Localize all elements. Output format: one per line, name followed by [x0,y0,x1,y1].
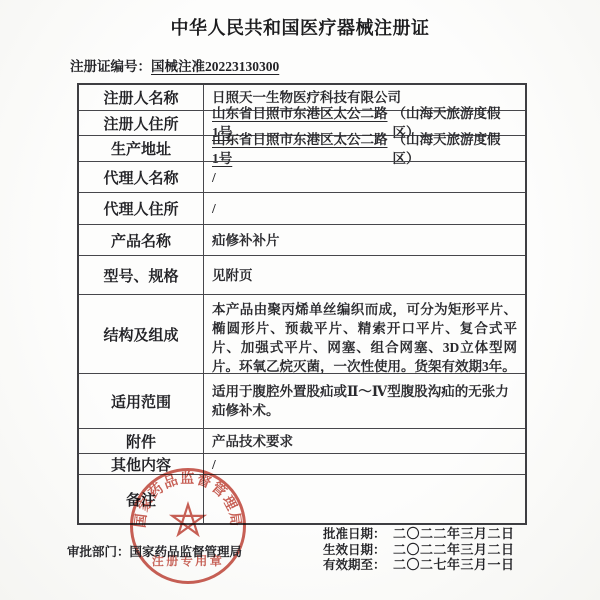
row-label: 代理人住所 [79,193,204,224]
expiry-date-value: 二〇二七年三月一日 [393,557,515,572]
table-row-model-spec: 型号、规格 见附页 [79,255,525,294]
row-value: 见附页 [204,256,525,294]
approval-department-line: 审批部门：国家药品监督管理局 [67,542,242,560]
table-row-attachment: 附件 产品技术要求 [79,428,525,453]
row-label: 结构及组成 [79,295,204,373]
certificate-title: 中华人民共和国医疗器械注册证 [0,14,600,40]
row-value: / [204,454,525,474]
row-value: 疝修补补片 [204,225,525,255]
row-value: / [204,193,525,224]
row-label: 产品名称 [79,225,204,255]
table-row-agent-address: 代理人住所 / [79,192,525,224]
registration-number-line: 注册证编号：国械注准20223130300 [70,55,279,75]
row-label: 型号、规格 [79,256,204,294]
row-label: 备注 [79,475,204,523]
effective-date-label: 生效日期： [323,543,393,559]
expiry-date-label: 有效期至： [323,558,393,574]
certificate-table: 注册人名称 日照天一生物医疗科技有限公司 注册人住所 山东省日照市东港区太公二路… [77,83,527,525]
row-label: 附件 [79,429,204,453]
row-value [204,475,525,523]
table-row-product-name: 产品名称 疝修补补片 [79,224,525,255]
effective-date-row: 生效日期：二〇二二年三月二日 [323,542,515,558]
table-row-other-content: 其他内容 / [79,453,525,474]
approval-date-label: 批准日期： [323,527,393,543]
approval-department-value: 国家药品监督管理局 [130,545,243,559]
approval-department-label: 审批部门： [67,545,130,559]
row-label: 适用范围 [79,374,204,428]
row-value: 山东省日照市东港区太公二路1号（山海天旅游度假区） [204,136,525,161]
row-label: 其他内容 [79,454,204,474]
table-row-agent-name: 代理人名称 / [79,161,525,192]
certificate-page: 中华人民共和国医疗器械注册证 注册证编号：国械注准20223130300 注册人… [0,0,600,600]
row-value: 产品技术要求 [204,429,525,453]
effective-date-value: 二〇二二年三月二日 [393,542,515,557]
row-value: 本产品由聚丙烯单丝编织而成，可分为矩形平片、椭圆形片、预裁平片、精索开口平片、复… [204,295,525,373]
approval-date-value: 二〇二二年三月二日 [393,526,515,541]
row-label: 注册人住所 [79,111,204,135]
table-row-structure-composition: 结构及组成 本产品由聚丙烯单丝编织而成，可分为矩形平片、椭圆形片、预裁平片、精索… [79,294,525,373]
row-label: 代理人名称 [79,162,204,192]
row-value: / [204,162,525,192]
row-value: 适用于腹腔外置股疝或Ⅱ～Ⅳ型腹股沟疝的无张力疝修补术。 [204,374,525,428]
table-row-production-address: 生产地址 山东省日照市东港区太公二路1号（山海天旅游度假区） [79,135,525,161]
row-label: 生产地址 [79,136,204,161]
row-label: 注册人名称 [79,85,204,110]
expiry-date-row: 有效期至：二〇二七年三月一日 [323,557,515,573]
registration-number-label: 注册证编号： [70,59,151,74]
approval-date-row: 批准日期：二〇二二年三月二日 [323,526,515,542]
dates-block: 批准日期：二〇二二年三月二日 生效日期：二〇二二年三月二日 有效期至：二〇二七年… [323,526,515,573]
registration-number-value: 国械注准20223130300 [151,59,279,74]
table-row-intended-use: 适用范围 适用于腹腔外置股疝或Ⅱ～Ⅳ型腹股沟疝的无张力疝修补术。 [79,373,525,428]
table-row-remarks: 备注 [79,474,525,523]
